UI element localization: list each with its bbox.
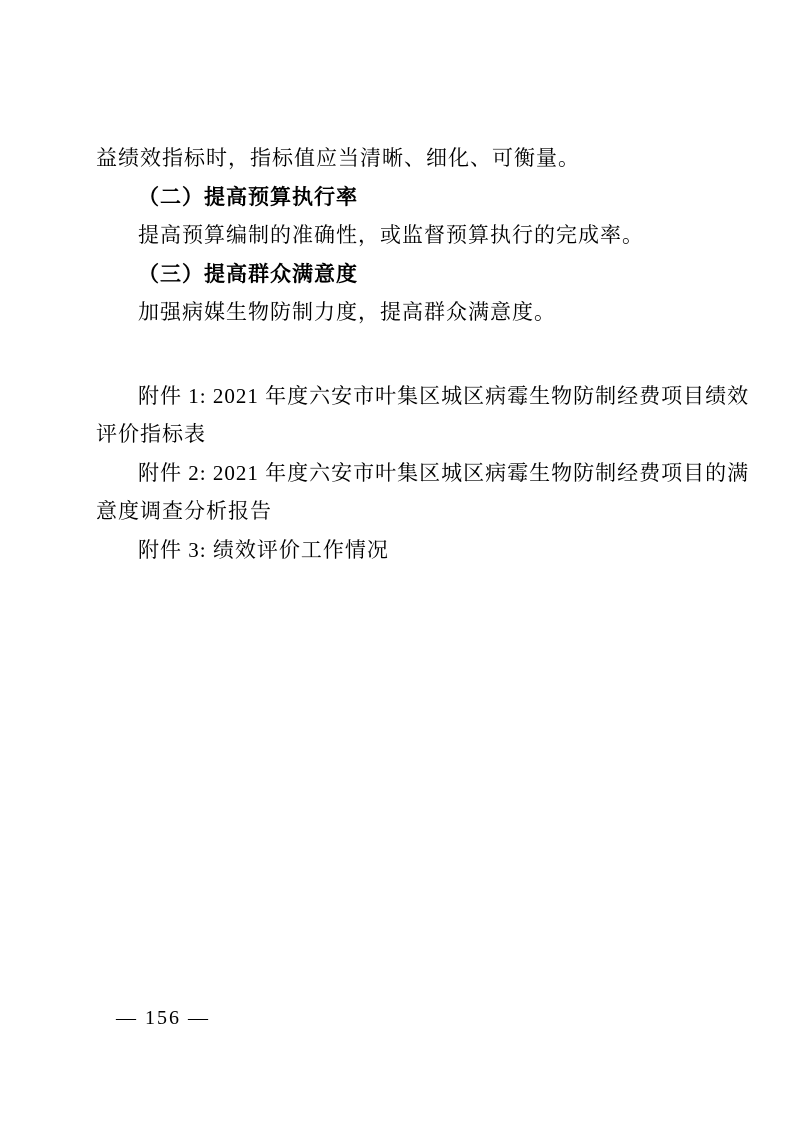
page-number: — 156 — [116, 1003, 210, 1033]
document-body: 益绩效指标时，指标值应当清晰、细化、可衡量。 （二）提高预算执行率 提高预算编制… [96, 139, 702, 569]
blank-line [96, 332, 702, 377]
attachment-1-line-1: 附件 1: 2021 年度六安市叶集区城区病霉生物防制经费项目绩效 [96, 377, 702, 416]
section-heading-2: （二）提高预算执行率 [96, 178, 702, 217]
section-heading-3: （三）提高群众满意度 [96, 255, 702, 294]
attachment-3-line: 附件 3: 绩效评价工作情况 [96, 531, 702, 570]
attachment-2-line-2: 意度调查分析报告 [96, 492, 702, 531]
attachment-1-line-2: 评价指标表 [96, 415, 702, 454]
document-page: 益绩效指标时，指标值应当清晰、细化、可衡量。 （二）提高预算执行率 提高预算编制… [0, 0, 793, 1122]
attachment-2-line-1: 附件 2: 2021 年度六安市叶集区城区病霉生物防制经费项目的满 [96, 454, 702, 493]
paragraph-public-satisfaction: 加强病媒生物防制力度，提高群众满意度。 [96, 293, 702, 332]
paragraph-budget-execution: 提高预算编制的准确性，或监督预算执行的完成率。 [96, 216, 702, 255]
continued-paragraph-line: 益绩效指标时，指标值应当清晰、细化、可衡量。 [96, 139, 702, 178]
